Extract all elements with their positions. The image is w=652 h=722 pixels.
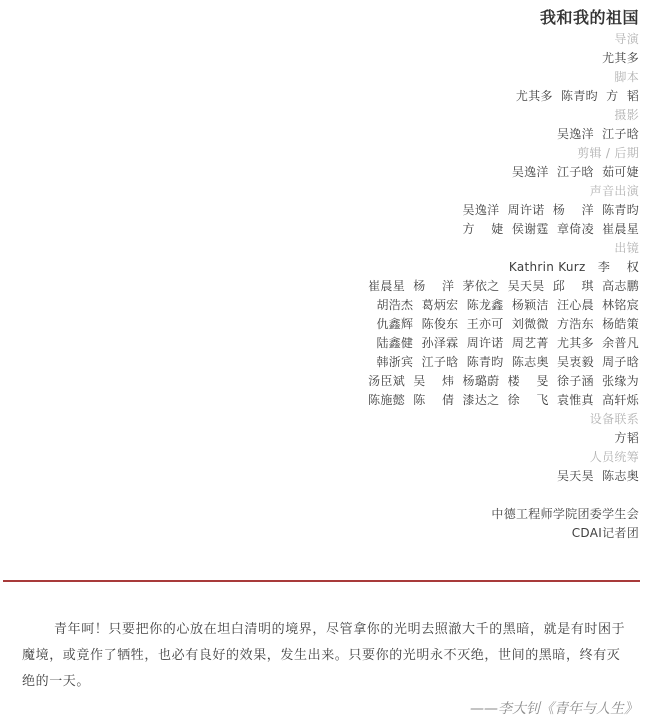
credit-names: 方 婕 侯谢霆 章倚凌 崔晨星 bbox=[368, 220, 639, 239]
credit-names: 陈施懿 陈 倩 漆达之 徐 飞 袁惟真 高轩烁 bbox=[368, 391, 639, 410]
credit-names: 汤臣斌 吴 炜 杨璐蔚 楼 旻 徐子涵 张缘为 bbox=[368, 372, 639, 391]
credit-names: 陆鑫健 孙泽霖 周许诺 周艺菁 尤其多 余普凡 bbox=[368, 334, 639, 353]
credit-role-label: 出镜 bbox=[368, 239, 639, 258]
credit-names: 胡浩杰 葛炳宏 陈龙鑫 杨颖洁 汪心晨 林铭宸 bbox=[368, 296, 639, 315]
credits-block: 我和我的祖国 导演尤其多脚本尤其多 陈青昀 方 韬摄影吴逸洋 江子晗剪辑 / 后… bbox=[368, 6, 639, 543]
credit-names: 尤其多 bbox=[368, 49, 639, 68]
credit-names: 韩浙宾 江子晗 陈青昀 陈志奥 吴衷毅 周子晗 bbox=[368, 353, 639, 372]
credit-names: 吴逸洋 周许诺 杨 洋 陈青昀 bbox=[368, 201, 639, 220]
credit-lines: 导演尤其多脚本尤其多 陈青昀 方 韬摄影吴逸洋 江子晗剪辑 / 后期吴逸洋 江子… bbox=[368, 30, 639, 486]
credit-names: 吴逸洋 江子晗 bbox=[368, 125, 639, 144]
organization-subgroup: CDAI记者团 bbox=[368, 524, 639, 543]
credit-names: Kathrin Kurz 李 权 bbox=[368, 258, 639, 277]
organization-name: 中德工程师学院团委学生会 bbox=[368, 505, 639, 524]
credit-names: 吴天昊 陈志奥 bbox=[368, 467, 639, 486]
divider-line bbox=[3, 580, 640, 582]
credit-role-label: 导演 bbox=[368, 30, 639, 49]
credit-names: 吴逸洋 江子晗 茹可婕 bbox=[368, 163, 639, 182]
quote-attribution: ——李大钊《青年与人生》 bbox=[470, 698, 638, 718]
credit-names: 尤其多 陈青昀 方 韬 bbox=[368, 87, 639, 106]
credit-role-label: 剪辑 / 后期 bbox=[368, 144, 639, 163]
credit-role-label: 摄影 bbox=[368, 106, 639, 125]
credit-names: 崔晨星 杨 洋 茅依之 吴天昊 邱 琪 高志鹏 bbox=[368, 277, 639, 296]
credit-names: 仇鑫辉 陈俊东 王亦可 刘微微 方浩东 杨皓策 bbox=[368, 315, 639, 334]
page-title: 我和我的祖国 bbox=[368, 6, 639, 30]
credit-role-label: 声音出演 bbox=[368, 182, 639, 201]
credit-role-label: 脚本 bbox=[368, 68, 639, 87]
quote-paragraph: 青年呵！只要把你的心放在坦白清明的境界，尽管拿你的光明去照澈大千的黑暗，就是有时… bbox=[22, 617, 626, 695]
credit-names: 方韬 bbox=[368, 429, 639, 448]
credit-role-label: 设备联系 bbox=[368, 410, 639, 429]
spacer bbox=[368, 486, 639, 505]
credit-role-label: 人员统筹 bbox=[368, 448, 639, 467]
